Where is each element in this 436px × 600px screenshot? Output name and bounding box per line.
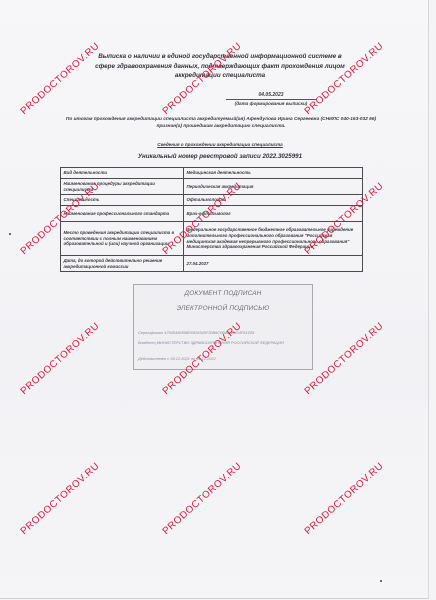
watermark: PRODOCTOROV.RU	[303, 321, 386, 397]
row-label: Вид деятельности	[61, 168, 184, 179]
watermark: PRODOCTOROV.RU	[303, 461, 386, 537]
document-page: Выписка о наличии в единой государственн…	[0, 0, 429, 599]
signature-validity: Действителен с 09.12.2021 по 09.12.2022	[138, 356, 306, 361]
accreditation-statement: По итогам прохождения аккредитации специ…	[58, 116, 384, 130]
row-value: Периодическая аккредитация	[184, 179, 363, 195]
accreditation-details-table: Вид деятельности Медицинская деятельност…	[60, 167, 363, 272]
watermark: PRODOCTOROV.RU	[161, 461, 244, 537]
scan-speck	[380, 580, 382, 582]
signature-subheading: ЭЛЕКТРОННОЙ ПОДПИСЬЮ	[134, 305, 312, 312]
issue-date-caption: (дата формирования выписки)	[226, 99, 316, 107]
watermark: PRODOCTOROV.RU	[19, 461, 102, 537]
issue-date-block: 04.05.2023 (дата формирования выписки)	[226, 92, 316, 107]
table-row: Наименование процедуры аккредитации спец…	[61, 179, 363, 195]
registry-number: Уникальный номер реестровой записи 2022.…	[70, 153, 370, 160]
row-label: Наименование процедуры аккредитации спец…	[61, 179, 184, 195]
electronic-signature-stamp: ДОКУМЕНТ ПОДПИСАН ЭЛЕКТРОННОЙ ПОДПИСЬЮ С…	[133, 284, 313, 370]
table-row: Дата, до которой действительно решение а…	[61, 256, 363, 272]
issue-date: 04.05.2023	[226, 92, 316, 99]
table-row: Вид деятельности Медицинская деятельност…	[61, 168, 363, 179]
signature-heading: ДОКУМЕНТ ПОДПИСАН	[134, 290, 312, 297]
row-label: Дата, до которой действительно решение а…	[61, 256, 184, 272]
row-value: 27.04.2027	[184, 256, 363, 272]
section-heading: Сведения о прохождении аккредитации спец…	[120, 142, 320, 147]
scan-speck	[9, 233, 11, 235]
watermark: PRODOCTOROV.RU	[19, 321, 102, 397]
row-value: Медицинская деятельность	[184, 168, 363, 179]
